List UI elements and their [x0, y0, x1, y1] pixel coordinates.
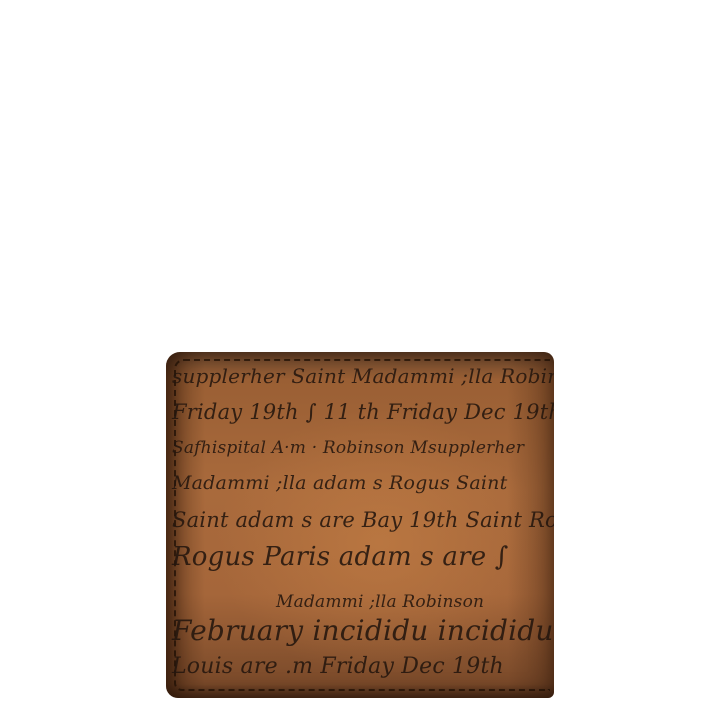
engraving-line: Madammi ;lla adam s Rogus Saint	[172, 472, 507, 494]
engraving-line: Saint adam s are Bay 19th Saint Rog	[172, 508, 554, 532]
engraving-line: February incididu incididu	[172, 614, 554, 647]
engraving-line: Louis are .m Friday Dec 19th	[172, 654, 504, 679]
engraving-line: Friday 19th ∫ 11 th Friday Dec 19th S	[172, 400, 554, 424]
engraving-line: Madammi ;lla Robinson	[276, 592, 484, 612]
leather-wallet: suppl​erher Saint Madammi ;lla Robinson …	[166, 352, 554, 698]
engraving-line: suppl​erher Saint Madammi ;lla Robinson	[172, 364, 554, 388]
engraving-line: Rogus Paris adam s are ∫	[172, 542, 509, 572]
engraving-line: Safhispital A·m · Robinson Msupplerher	[172, 438, 524, 458]
